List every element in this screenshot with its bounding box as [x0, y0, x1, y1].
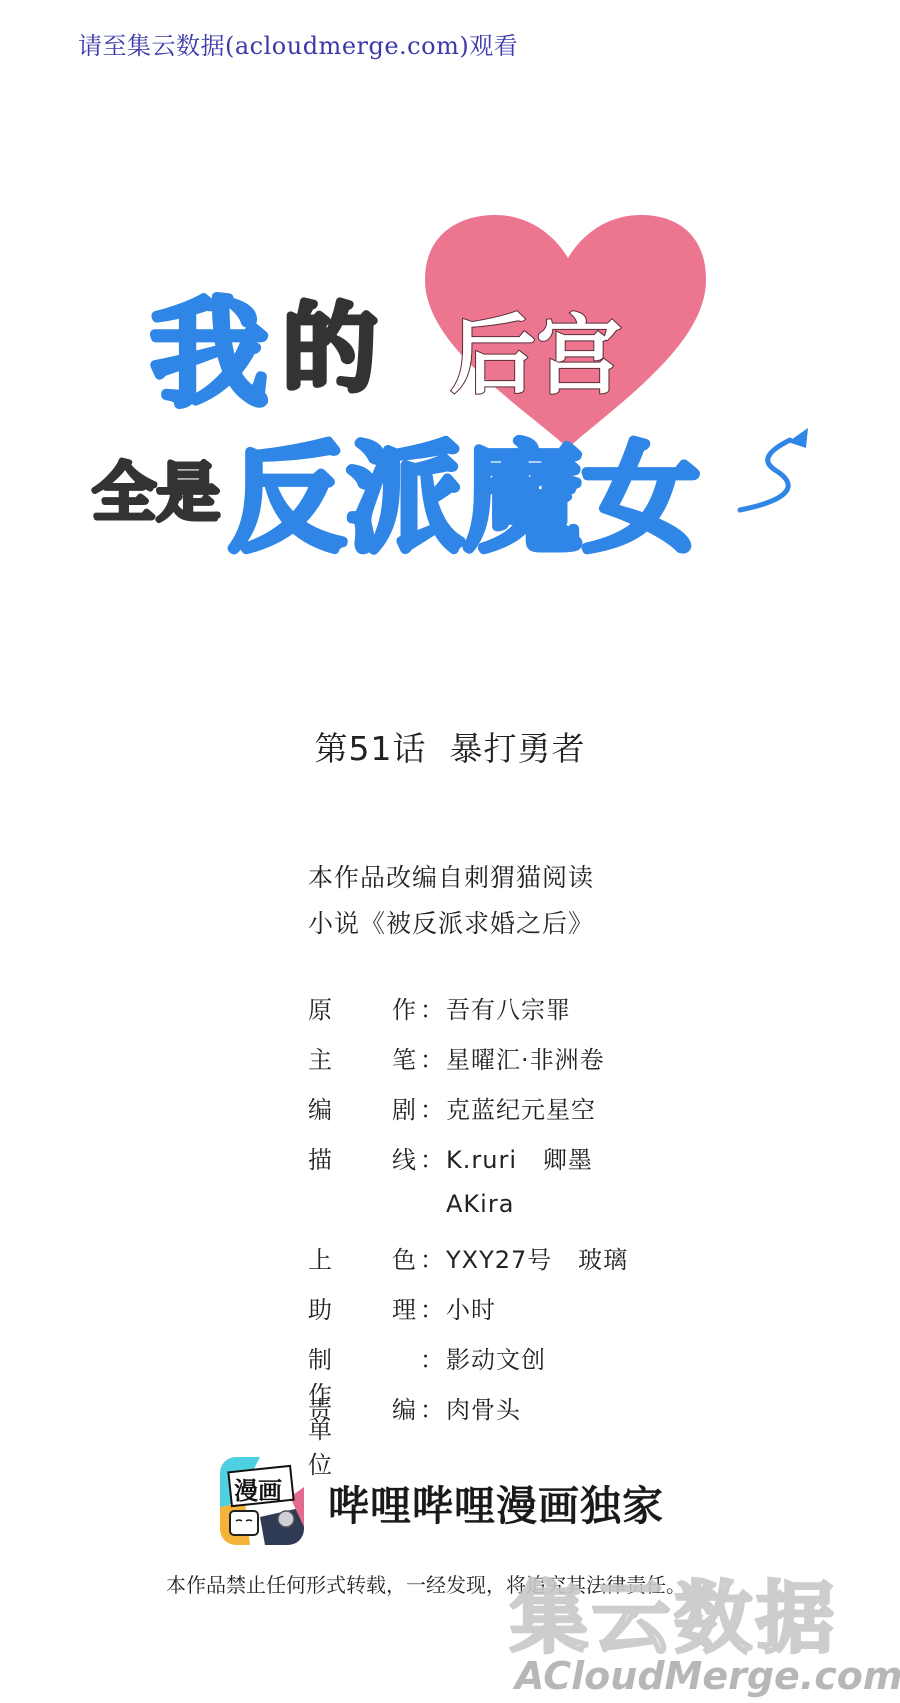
episode-title: 第51话 暴打勇者 [0, 723, 900, 770]
watermark-bottom: 集云数据 ACloudMerge.com [510, 1556, 838, 1668]
credit-label: 上 [308, 1240, 332, 1275]
credit-label: 作 [392, 990, 416, 1025]
title-logo: 我 的 后宫 全是 反派魔女 [0, 0, 900, 640]
credit-value: K.ruri 卿墨 [446, 1140, 593, 1175]
credit-value: 星曜汇·非洲卷 [446, 1040, 605, 1075]
credit-label: 责 [308, 1390, 332, 1425]
logo-char-wo: 我 [150, 285, 268, 423]
credit-colon: ： [420, 1140, 444, 1175]
credit-label: 编 [308, 1090, 332, 1125]
credit-value: YXY27号 玻璃 [446, 1240, 628, 1275]
credit-colon: ： [420, 990, 444, 1025]
credit-label: 主 [308, 1040, 332, 1075]
credit-value: 小时 [446, 1290, 496, 1325]
credit-value: AKira [446, 1190, 514, 1218]
credit-colon: ： [420, 1390, 444, 1425]
credit-value: 肉骨头 [446, 1390, 521, 1425]
bilibili-manga-app-icon: 漫画 [220, 1457, 304, 1545]
credit-value: 影动文创 [446, 1340, 546, 1375]
logo-char-de: 的 [282, 293, 378, 405]
credit-label: 助 [308, 1290, 332, 1325]
credit-value: 吾有八宗罪 [446, 990, 571, 1025]
adaptation-line-1: 本作品改编自刺猬猫阅读 [308, 858, 594, 894]
credit-label: 色 [392, 1240, 416, 1275]
credit-label: 编 [392, 1390, 416, 1425]
adaptation-line-2: 小说《被反派求婚之后》 [308, 904, 594, 940]
logo-char-fanpai: 反派魔女 [228, 430, 700, 568]
credit-colon: ： [420, 1090, 444, 1125]
logo-char-quanshi: 全是 [92, 457, 220, 531]
credit-label: 剧 [392, 1090, 416, 1125]
credit-colon: ： [420, 1040, 444, 1075]
watermark-cn: 集云数据 [510, 1556, 838, 1668]
credit-value: 克蓝纪元星空 [446, 1090, 596, 1125]
devil-tail-icon [740, 440, 790, 510]
credit-colon: ： [420, 1340, 444, 1375]
credit-label: 描 [308, 1140, 332, 1175]
credit-colon: ： [420, 1240, 444, 1275]
credit-colon: ： [420, 1290, 444, 1325]
credit-label: 笔 [392, 1040, 416, 1075]
logo-heart-text: 后宫 [450, 306, 622, 406]
credit-label: 原 [308, 990, 332, 1025]
app-icon-text: 漫画 [234, 1476, 282, 1505]
credit-label: 线 [392, 1140, 416, 1175]
brand-text: 哔哩哔哩漫画独家 [328, 1473, 664, 1532]
watermark-en: ACloudMerge.com [515, 1654, 900, 1698]
credit-label: 理 [392, 1290, 416, 1325]
